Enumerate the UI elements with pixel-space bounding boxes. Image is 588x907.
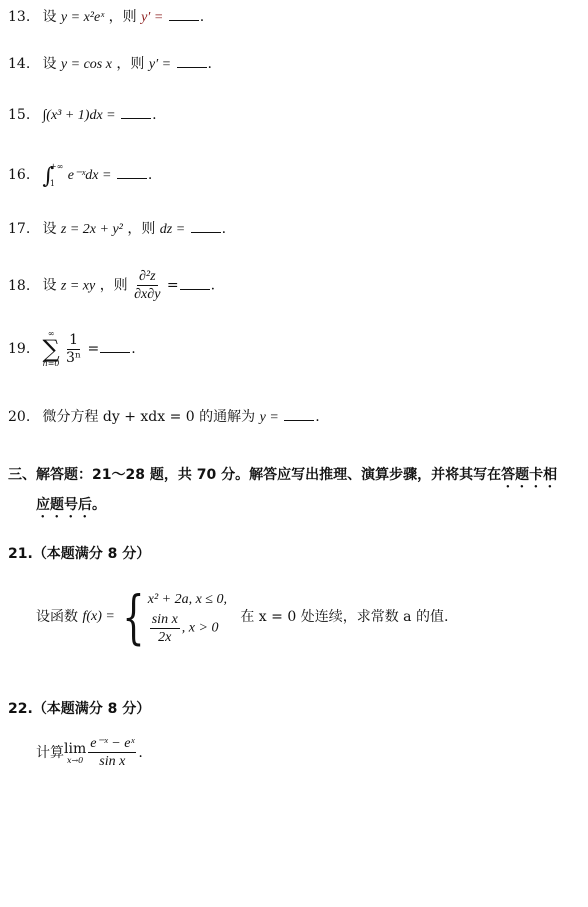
left-brace-icon: {	[122, 588, 144, 646]
integral-expression: ∫(x³ + 1)dx =	[42, 108, 115, 123]
sigma-icon: ∑	[42, 338, 59, 360]
question-20: 20. 微分方程 dy + xdx = 0 的通解为 y = .	[8, 408, 320, 427]
equation: y = x²eˣ	[61, 10, 104, 25]
lim-text: lim	[64, 741, 86, 757]
denominator: ∂x∂y	[134, 286, 160, 303]
score-label: （本题满分 8 分）	[33, 546, 151, 562]
piecewise-cases: x² + 2a, x ≤ 0, sin x2x, x > 0	[148, 589, 227, 646]
question-number: 19.	[8, 340, 38, 358]
sum-lower: n=0	[43, 360, 60, 368]
question-19: 19. ∞∑n=0 13ⁿ =.	[8, 330, 136, 368]
case-2-condition: , x > 0	[182, 620, 219, 635]
label: 设函数	[36, 608, 78, 626]
answer-blank[interactable]	[121, 106, 151, 119]
section-3-instructions: 三、解答题：21～28 题，共 70 分。解答应写出推理、演算步骤，并将其写在答…	[8, 466, 557, 491]
denominator: 3ⁿ	[66, 350, 81, 367]
question-17: 17. 设 z = 2x + y² ，则 dz = .	[8, 220, 226, 239]
lower-limit: 1	[50, 179, 63, 188]
equation: z = xy	[61, 279, 95, 294]
fraction: 13ⁿ	[66, 332, 81, 367]
upper-limit: +∞	[50, 162, 63, 171]
summation: ∞∑n=0	[42, 330, 59, 368]
partial-derivative-fraction: ∂²z∂x∂y	[134, 268, 160, 303]
numerator: ∂²z	[137, 268, 158, 286]
question-number: 15.	[8, 106, 38, 124]
function-name: f(x) =	[82, 608, 114, 626]
case-1: x² + 2a, x ≤ 0,	[148, 589, 227, 611]
fraction: e⁻ˣ − eˣsin x	[88, 735, 136, 770]
equals: =	[167, 278, 179, 294]
question-13: 13. 设 y = x²eˣ ，则 y′ = .	[8, 8, 204, 27]
emphasized-text: 答题卡相	[501, 467, 557, 483]
period: .	[315, 409, 319, 425]
question-number: 20.	[8, 408, 38, 426]
question-number: 14.	[8, 55, 38, 73]
answer-prompt: y′ =	[141, 10, 163, 25]
integrand: e⁻ˣdx =	[68, 168, 112, 183]
section-3-instructions-cont: 应题号后。	[36, 496, 106, 521]
period: .	[138, 744, 142, 762]
period: .	[148, 167, 152, 183]
instruction-text: 三、解答题：21～28 题，共 70 分。解答应写出推理、演算步骤，并将其写在	[8, 467, 501, 483]
question-14: 14. 设 y = cos x ，则 y′ = .	[8, 55, 212, 74]
denominator: 2x	[158, 629, 171, 646]
question-22-body: 计算 limx→0 e⁻ˣ − eˣsin x .	[36, 735, 143, 770]
period: .	[211, 278, 215, 294]
equals: =	[87, 341, 99, 357]
answer-prompt: y =	[260, 410, 279, 425]
period: .	[222, 221, 226, 237]
label: 计算	[36, 744, 64, 762]
period: .	[152, 107, 156, 123]
question-number: 21.	[8, 546, 33, 562]
question-21-header: 21.（本题满分 8 分）	[8, 545, 150, 563]
equation: y = cos x	[61, 57, 112, 72]
answer-blank[interactable]	[180, 277, 210, 290]
label: ，则	[116, 56, 144, 72]
question-22-header: 22.（本题满分 8 分）	[8, 700, 150, 718]
question-text: 在 x = 0 处连续，求常数 a 的值.	[240, 608, 448, 626]
label: 设	[42, 9, 56, 25]
fraction: sin x2x	[150, 611, 180, 646]
question-number: 17.	[8, 220, 38, 238]
question-number: 16.	[8, 166, 38, 184]
limit-operator: limx→0	[64, 741, 86, 765]
answer-blank[interactable]	[117, 166, 147, 179]
integral-limits: +∞1	[50, 162, 63, 188]
question-number: 18.	[8, 277, 38, 295]
question-15: 15. ∫(x³ + 1)dx = .	[8, 106, 157, 125]
equation: z = 2x + y²	[61, 222, 123, 237]
answer-blank[interactable]	[177, 55, 207, 68]
question-18: 18. 设 z = xy ，则 ∂²z∂x∂y =.	[8, 268, 215, 303]
question-21-body: 设函数 f(x) = { x² + 2a, x ≤ 0, sin x2x, x …	[36, 582, 448, 652]
period: .	[208, 56, 212, 72]
answer-prompt: y′ =	[149, 57, 171, 72]
label: ，则	[100, 278, 128, 294]
label: ，则	[109, 9, 137, 25]
question-number: 22.	[8, 701, 33, 717]
period: 。	[92, 497, 106, 513]
question-text: 微分方程 dy + xdx = 0 的通解为	[42, 409, 255, 425]
label: 设	[42, 221, 56, 237]
numerator: e⁻ˣ − eˣ	[88, 735, 136, 753]
lim-subscript: x→0	[67, 757, 83, 765]
answer-blank[interactable]	[100, 340, 130, 353]
label: ，则	[127, 221, 155, 237]
answer-blank[interactable]	[191, 220, 221, 233]
case-2: sin x2x, x > 0	[148, 611, 227, 646]
answer-blank[interactable]	[284, 408, 314, 421]
period: .	[131, 341, 135, 357]
score-label: （本题满分 8 分）	[33, 701, 151, 717]
question-number: 13.	[8, 8, 38, 26]
question-16: 16. ∫+∞1 e⁻ˣdx = .	[8, 162, 152, 188]
numerator: sin x	[150, 611, 180, 629]
emphasized-text: 应题号后	[36, 497, 92, 513]
label: 设	[42, 56, 56, 72]
denominator: sin x	[99, 753, 125, 770]
answer-prompt: dz =	[160, 222, 185, 237]
answer-blank[interactable]	[169, 8, 199, 21]
label: 设	[42, 278, 56, 294]
period: .	[200, 9, 204, 25]
numerator: 1	[67, 332, 80, 350]
